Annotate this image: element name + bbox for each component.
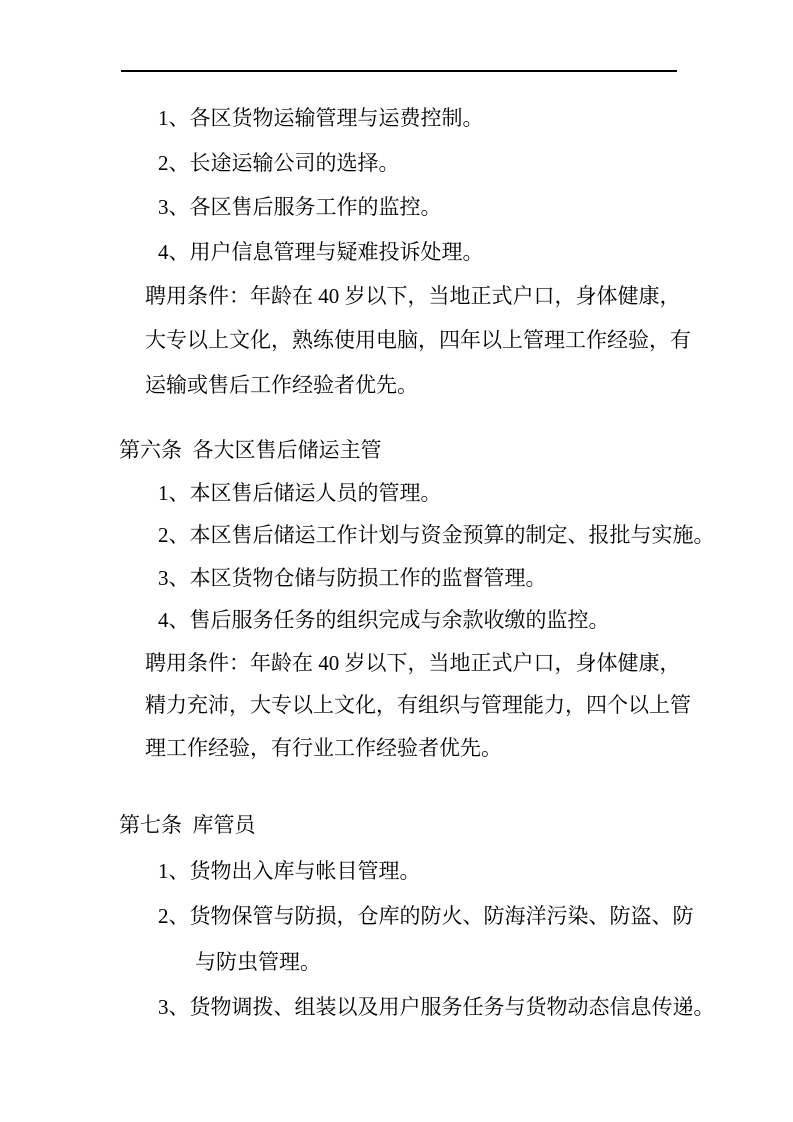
paragraph-line: 精力充沛，大专以上文化，有组织与管理能力，四个以上管 <box>145 695 691 716</box>
paragraph-line: 理工作经验，有行业工作经验者优先。 <box>145 738 502 759</box>
list-item-line: 4、售后服务任务的组织完成与余款收缴的监控。 <box>158 610 610 631</box>
list-item-line: 3、各区售后服务工作的监控。 <box>158 197 442 218</box>
list-item-line: 1、货物出入库与帐目管理。 <box>158 861 421 882</box>
list-item-line: 2、本区售后储运工作计划与资金预算的制定、报批与实施。 <box>158 525 715 546</box>
section-heading: 第七条 库管员 <box>119 815 256 836</box>
paragraph-line: 运输或售后工作经验者优先。 <box>145 375 418 396</box>
list-item-line: 2、货物保管与防损，仓库的防火、防海洋污染、防盗、防 <box>158 906 694 927</box>
header-rule <box>121 70 677 72</box>
document-page: 1、各区货物运输管理与运费控制。 2、长途运输公司的选择。 3、各区售后服务工作… <box>0 0 793 1122</box>
list-item-line: 1、本区售后储运人员的管理。 <box>158 483 442 504</box>
paragraph-line: 大专以上文化，熟练使用电脑，四年以上管理工作经验，有 <box>145 330 691 351</box>
paragraph-line: 聘用条件：年龄在 40 岁以下，当地正式户口，身体健康， <box>145 653 681 674</box>
list-item-line: 4、用户信息管理与疑难投诉处理。 <box>158 242 484 263</box>
continuation-line: 与防虫管理。 <box>195 952 321 973</box>
paragraph-line: 聘用条件：年龄在 40 岁以下，当地正式户口，身体健康， <box>145 286 681 307</box>
section-heading: 第六条 各大区售后储运主管 <box>119 440 382 461</box>
list-item-line: 1、各区货物运输管理与运费控制。 <box>158 108 484 129</box>
list-item-line: 3、本区货物仓储与防损工作的监督管理。 <box>158 568 547 589</box>
list-item-line: 2、长途运输公司的选择。 <box>158 153 400 174</box>
list-item-line: 3、货物调拨、组装以及用户服务任务与货物动态信息传递。 <box>158 997 715 1018</box>
